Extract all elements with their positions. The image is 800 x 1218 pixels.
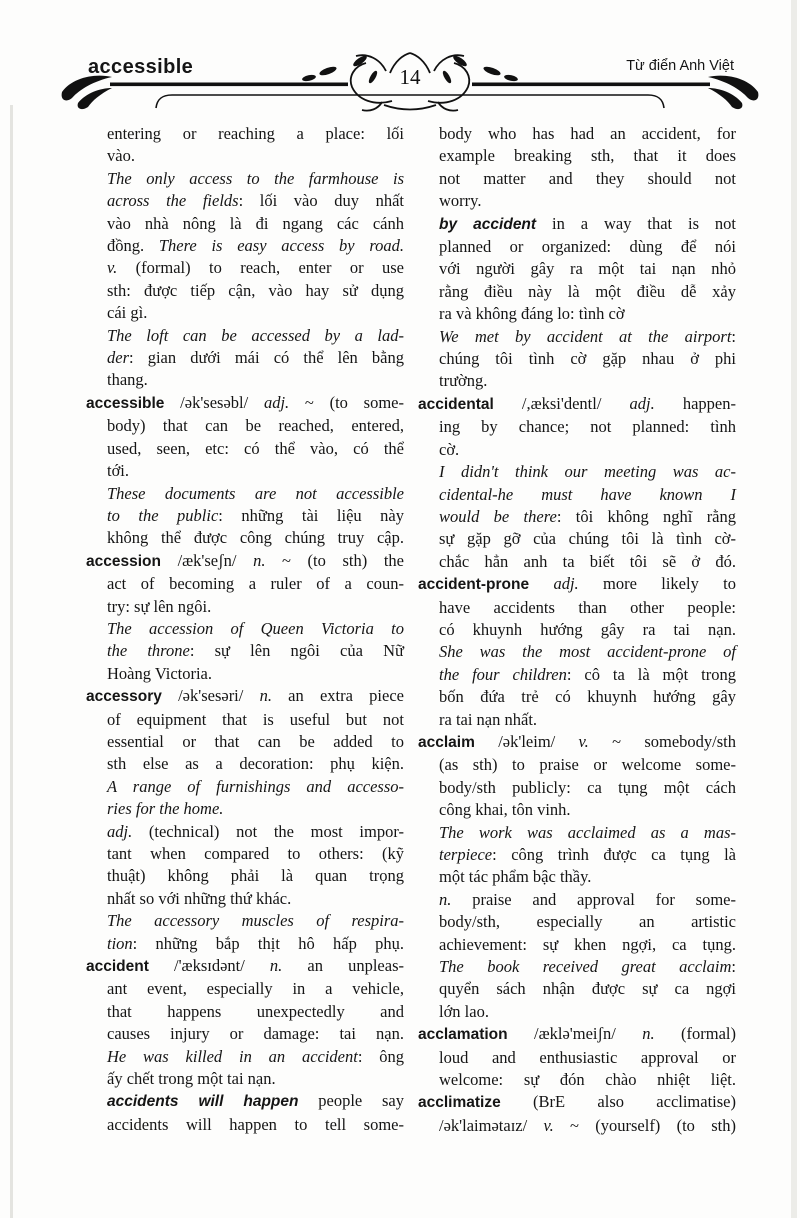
text-line: acclimatize (BrE also acclimatise) (418, 1091, 736, 1114)
text-segment: happen- (655, 394, 736, 413)
text-line: to the public: những tài liệu này (86, 505, 404, 527)
text-segment: /æk'seʃn/ (161, 551, 253, 570)
text-segment: lớn lao. (439, 1002, 489, 1021)
text-line: planned or organized: dùng để nói (418, 236, 736, 258)
text-line: sth: được tiếp cận, vào hay sử dụng (86, 280, 404, 302)
text-segment: Hoàng Victoria. (107, 664, 212, 683)
text-line: v. (formal) to reach, enter or use (86, 257, 404, 279)
text-segment: n. (260, 686, 272, 705)
text-line: example breaking sth, that it does (418, 145, 736, 167)
text-segment: accident (86, 958, 149, 975)
text-segment: essential or that can be added to (107, 732, 404, 751)
right-column: body who has had an accident, forexample… (418, 123, 736, 1137)
text-segment: : công trình được ca tụng là (492, 845, 736, 864)
text-segment: We met by accident at the airport (439, 327, 731, 346)
text-line: body who has had an accident, for (418, 123, 736, 145)
text-segment: tới. (107, 461, 129, 480)
text-line: accident-prone adj. more likely to (418, 573, 736, 596)
text-line: I didn't think our meeting was ac- (418, 461, 736, 483)
text-segment: The accessory muscles of respira- (107, 911, 404, 930)
text-segment: He was killed in an accident (107, 1047, 358, 1066)
text-segment: sự gặp gỡ của chúng tôi là tình cờ- (439, 529, 736, 548)
text-segment: an unpleas- (282, 956, 404, 975)
text-segment: /ək'laimətaɪz/ (439, 1116, 543, 1135)
text-segment: đồng. (107, 236, 159, 255)
book-title: Từ điển Anh Việt (626, 58, 734, 74)
text-line: không thể được công chúng truy cập. (86, 527, 404, 549)
text-segment: adj. (264, 393, 289, 412)
text-line: accidents will happen to tell some- (86, 1114, 404, 1136)
text-segment: ấy chết trong một tai nạn. (107, 1069, 276, 1088)
text-segment: thuật) không phải là quan trọng (107, 866, 404, 885)
text-line: achievement: sự khen ngợi, ca tụng. (418, 934, 736, 956)
text-line: accessible /ək'sesəbl/ adj. ~ (to some- (86, 392, 404, 415)
text-segment: n. (439, 890, 451, 909)
text-line: ries for the home. (86, 798, 404, 820)
text-line: trường. (418, 370, 736, 392)
page-number: 14 (400, 65, 422, 89)
text-segment: have accidents than other people: (439, 598, 736, 617)
left-column: entering or reaching a place: lốivào.The… (86, 123, 404, 1137)
text-line: have accidents than other people: (418, 597, 736, 619)
text-segment: There is easy access by road. (159, 236, 404, 255)
text-line: một tác phẩm bậc thầy. (418, 866, 736, 888)
text-line: body/sth publicly: ca tụng một cách (418, 777, 736, 799)
text-columns: entering or reaching a place: lốivào.The… (86, 123, 800, 1137)
text-segment: n. (253, 551, 265, 570)
text-segment: acclaim (418, 734, 475, 751)
text-segment: sth: được tiếp cận, vào hay sử dụng (107, 281, 404, 300)
text-segment: ra tai nạn nhất. (439, 710, 537, 729)
text-segment: an extra piece (272, 686, 404, 705)
text-line: These documents are not accessible (86, 483, 404, 505)
text-segment: The work was acclaimed as a mas- (439, 823, 736, 842)
text-line: He was killed in an accident: ông (86, 1046, 404, 1068)
text-line: bốn đứa trẻ có khuynh hướng gây (418, 686, 736, 708)
page-header: 14 accessible Từ điển Anh Việt (86, 55, 736, 117)
text-segment: một tác phẩm bậc thầy. (439, 867, 591, 886)
text-line: essential or that can be added to (86, 731, 404, 753)
text-line: The loft can be accessed by a lad- (86, 325, 404, 347)
text-segment: of equipment that is useful but not (107, 710, 404, 729)
text-line: the throne: sự lên ngôi của Nữ (86, 640, 404, 662)
text-segment: /ək'leim/ (475, 732, 579, 751)
text-segment: worry. (439, 191, 481, 210)
text-line: terpiece: công trình được ca tụng là (418, 844, 736, 866)
text-segment: cái gì. (107, 303, 147, 322)
text-segment: cờ. (439, 440, 459, 459)
text-segment: với người gây ra một tai nạn nhỏ (439, 259, 736, 278)
text-segment: body) that can be reached, entered, (107, 416, 404, 435)
text-line: đồng. There is easy access by road. (86, 235, 404, 257)
text-segment: adj. (107, 822, 132, 841)
text-line: entering or reaching a place: lối (86, 123, 404, 145)
text-segment: (formal) (655, 1024, 736, 1043)
text-line: the four children: cô ta là một trong (418, 664, 736, 686)
text-segment (529, 574, 553, 593)
text-segment: tant when compared to others: (kỹ (107, 844, 404, 863)
text-segment: accession (86, 553, 161, 570)
text-line: The only access to the farmhouse is (86, 168, 404, 190)
text-segment: These documents are not accessible (107, 484, 404, 503)
text-segment: /'æksɪdənt/ (149, 956, 270, 975)
text-segment: chúng tôi tình cờ gặp nhau ở phi (439, 349, 736, 368)
text-line: not matter and they should not (418, 168, 736, 190)
text-segment: : cô ta là một trong (567, 665, 736, 684)
text-line: thuật) không phải là quan trọng (86, 865, 404, 887)
text-segment: I didn't think our meeting was ac- (439, 462, 736, 481)
text-line: cidental-he must have known I (418, 484, 736, 506)
text-segment: /æklə'meiʃn/ (508, 1024, 643, 1043)
text-segment: : lối vào duy nhất (239, 191, 404, 210)
text-line: body) that can be reached, entered, (86, 415, 404, 437)
text-segment: ries for the home. (107, 799, 223, 818)
text-segment: : gian dưới mái có thể lên bằng (129, 348, 404, 367)
text-line: tion: những bắp thịt hô hấp phụ. (86, 933, 404, 955)
text-line: worry. (418, 190, 736, 212)
text-line: lớn lao. (418, 1001, 736, 1023)
text-line: accident /'æksɪdənt/ n. an unpleas- (86, 955, 404, 978)
text-segment: ing by chance; not planned: tình (439, 417, 736, 436)
text-segment: /ək'sesəbl/ (164, 393, 264, 412)
text-line: /ək'laimətaɪz/ v. ~ (yourself) (to sth) (418, 1115, 736, 1137)
text-segment: : những tài liệu này (218, 506, 404, 525)
text-line: act of becoming a ruler of a coun- (86, 573, 404, 595)
text-segment: n. (270, 956, 282, 975)
text-line: ra và không đáng lo: tình cờ (418, 303, 736, 325)
text-segment: terpiece (439, 845, 492, 864)
text-segment: accessory (86, 688, 162, 705)
text-segment: sth else as a decoration: phụ kiện. (107, 754, 404, 773)
text-segment: : những bắp thịt hô hấp phụ. (133, 934, 404, 953)
text-segment: praise and approval for some- (451, 890, 736, 909)
text-segment: (as sth) to praise or welcome some- (439, 755, 736, 774)
text-segment: acclimatize (418, 1094, 501, 1111)
text-segment: rằng điều này là một điều dễ xảy (439, 282, 736, 301)
text-line: accidental /,æksi'dentl/ adj. happen- (418, 393, 736, 416)
text-segment: to the public (107, 506, 218, 525)
text-line: sth else as a decoration: phụ kiện. (86, 753, 404, 775)
text-segment: (technical) not the most impor- (132, 822, 404, 841)
text-segment: (BrE also acclimatise) (501, 1092, 736, 1111)
text-line: The book received great acclaim: (418, 956, 736, 978)
text-segment: She was the most accident-prone of (439, 642, 736, 661)
text-segment: ~ (yourself) (to sth) (554, 1116, 736, 1135)
text-line: The accessory muscles of respira- (86, 910, 404, 932)
text-segment: n. (642, 1024, 654, 1043)
text-segment: bốn đứa trẻ có khuynh hướng gây (439, 687, 736, 706)
dictionary-page: 14 accessible Từ điển Anh Việt entering … (0, 0, 800, 1137)
text-line: (as sth) to praise or welcome some- (418, 754, 736, 776)
text-line: chắc hẳn anh ta biết tôi sẽ ở đó. (418, 551, 736, 573)
text-line: causes injury or damage: tai nạn. (86, 1023, 404, 1045)
text-segment: chắc hẳn anh ta biết tôi sẽ ở đó. (439, 552, 736, 571)
text-line: ant event, especially in a vehicle, (86, 978, 404, 1000)
text-segment: v. (543, 1116, 553, 1135)
text-segment: The only access to the farmhouse is (107, 169, 404, 188)
text-segment: : tôi không nghĩ rằng (557, 507, 736, 526)
text-line: cờ. (418, 439, 736, 461)
text-segment: planned or organized: dùng để nói (439, 237, 736, 256)
text-segment: by accident (439, 216, 536, 233)
text-segment: The loft can be accessed by a lad- (107, 326, 404, 345)
text-line: có khuynh hướng gây ra tai nạn. (418, 619, 736, 641)
text-segment: thang. (107, 370, 148, 389)
text-line: nhất so với những thứ khác. (86, 888, 404, 910)
text-segment: không thể được công chúng truy cập. (107, 528, 404, 547)
text-segment: ant event, especially in a vehicle, (107, 979, 404, 998)
text-segment: entering or reaching a place: lối (107, 124, 404, 143)
text-segment: ~ somebody/sth (589, 732, 736, 751)
text-segment: acclamation (418, 1026, 508, 1043)
text-segment: tion (107, 934, 133, 953)
text-line: used, seen, etc: có thể vào, có thể (86, 438, 404, 460)
text-segment: : ông (358, 1047, 404, 1066)
text-segment: The accession of Queen Victoria to (107, 619, 404, 638)
text-line: Hoàng Victoria. (86, 663, 404, 685)
text-line: welcome: sự đón chào nhiệt liệt. (418, 1069, 736, 1091)
text-segment: would be there (439, 507, 557, 526)
text-segment: : (731, 957, 736, 976)
text-line: ấy chết trong một tai nạn. (86, 1068, 404, 1090)
text-segment: accidents will happen to tell some- (107, 1115, 404, 1134)
text-segment: people say (298, 1091, 404, 1110)
text-line: rằng điều này là một điều dễ xảy (418, 281, 736, 303)
text-line: vào nhà nông là đi ngang các cánh (86, 213, 404, 235)
text-segment: body/sth publicly: ca tụng một cách (439, 778, 736, 797)
text-line: accessory /ək'sesəri/ n. an extra piece (86, 685, 404, 708)
text-segment: công khai, tôn vinh. (439, 800, 571, 819)
text-segment: accidental (418, 396, 494, 413)
text-segment: welcome: sự đón chào nhiệt liệt. (439, 1070, 736, 1089)
text-line: acclaim /ək'leim/ v. ~ somebody/sth (418, 731, 736, 754)
text-segment: try: sự lên ngôi. (107, 597, 211, 616)
text-segment: adj. (553, 574, 578, 593)
text-line: chúng tôi tình cờ gặp nhau ở phi (418, 348, 736, 370)
text-segment: der (107, 348, 129, 367)
text-segment: not matter and they should not (439, 169, 736, 188)
text-line: công khai, tôn vinh. (418, 799, 736, 821)
text-segment: accident-prone (418, 576, 529, 593)
text-line: accession /æk'seʃn/ n. ~ (to sth) the (86, 550, 404, 573)
text-line: acclamation /æklə'meiʃn/ n. (formal) (418, 1023, 736, 1046)
text-segment: example breaking sth, that it does (439, 146, 736, 165)
text-segment: /,æksi'dentl/ (494, 394, 630, 413)
text-line: across the fields: lối vào duy nhất (86, 190, 404, 212)
text-segment: v. (579, 732, 589, 751)
text-line: tới. (86, 460, 404, 482)
text-segment: v. (107, 258, 117, 277)
text-segment: in a way that is not (536, 214, 736, 233)
text-segment: used, seen, etc: có thể vào, có thể (107, 439, 404, 458)
text-segment: more likely to (579, 574, 736, 593)
text-segment: : (731, 327, 736, 346)
text-line: cái gì. (86, 302, 404, 324)
text-segment: accessible (86, 395, 164, 412)
text-segment: quyển sách nhận được sự ca ngợi (439, 979, 736, 998)
text-segment: cidental-he must have known I (439, 485, 736, 504)
text-line: sự gặp gỡ của chúng tôi là tình cờ- (418, 528, 736, 550)
text-segment: ~ (to sth) the (265, 551, 404, 570)
text-line: vào. (86, 145, 404, 167)
text-segment: body who has had an accident, for (439, 124, 736, 143)
text-line: would be there: tôi không nghĩ rằng (418, 506, 736, 528)
text-line: ra tai nạn nhất. (418, 709, 736, 731)
text-line: A range of furnishings and accesso- (86, 776, 404, 798)
text-line: loud and enthusiastic approval or (418, 1047, 736, 1069)
text-segment: A range of furnishings and accesso- (107, 777, 404, 796)
text-line: accidents will happen people say (86, 1090, 404, 1113)
text-segment: : sự lên ngôi của Nữ (190, 641, 404, 660)
guide-word: accessible (88, 56, 193, 79)
text-segment: act of becoming a ruler of a coun- (107, 574, 404, 593)
text-line: She was the most accident-prone of (418, 641, 736, 663)
text-line: that happens unexpectedly and (86, 1001, 404, 1023)
text-line: We met by accident at the airport: (418, 326, 736, 348)
text-segment: loud and enthusiastic approval or (439, 1048, 736, 1067)
text-line: với người gây ra một tai nạn nhỏ (418, 258, 736, 280)
text-line: der: gian dưới mái có thể lên bằng (86, 347, 404, 369)
text-segment: trường. (439, 371, 487, 390)
text-line: of equipment that is useful but not (86, 709, 404, 731)
text-line: The accession of Queen Victoria to (86, 618, 404, 640)
text-line: n. praise and approval for some- (418, 889, 736, 911)
text-line: thang. (86, 369, 404, 391)
text-line: try: sự lên ngôi. (86, 596, 404, 618)
text-line: tant when compared to others: (kỹ (86, 843, 404, 865)
text-segment: ra và không đáng lo: tình cờ (439, 304, 625, 323)
text-segment: vào. (107, 146, 135, 165)
text-segment: nhất so với những thứ khác. (107, 889, 291, 908)
text-segment: body/sth, especially an artistic (439, 912, 736, 931)
text-line: quyển sách nhận được sự ca ngợi (418, 978, 736, 1000)
text-segment: có khuynh hướng gây ra tai nạn. (439, 620, 736, 639)
text-segment: /ək'sesəri/ (162, 686, 260, 705)
text-segment: The book received great acclaim (439, 957, 731, 976)
text-segment: causes injury or damage: tai nạn. (107, 1024, 404, 1043)
text-line: body/sth, especially an artistic (418, 911, 736, 933)
text-segment: (formal) to reach, enter or use (117, 258, 404, 277)
text-segment: achievement: sự khen ngợi, ca tụng. (439, 935, 736, 954)
text-segment: the throne (107, 641, 190, 660)
text-line: The work was acclaimed as a mas- (418, 822, 736, 844)
text-segment: adj. (630, 394, 655, 413)
text-segment: vào nhà nông là đi ngang các cánh (107, 214, 404, 233)
text-segment: the four children (439, 665, 567, 684)
text-line: ing by chance; not planned: tình (418, 416, 736, 438)
text-segment: across the fields (107, 191, 239, 210)
text-segment: that happens unexpectedly and (107, 1002, 404, 1021)
text-segment: accidents will happen (107, 1093, 298, 1110)
text-line: adj. (technical) not the most impor- (86, 821, 404, 843)
text-line: by accident in a way that is not (418, 213, 736, 236)
text-segment: ~ (to some- (289, 393, 404, 412)
